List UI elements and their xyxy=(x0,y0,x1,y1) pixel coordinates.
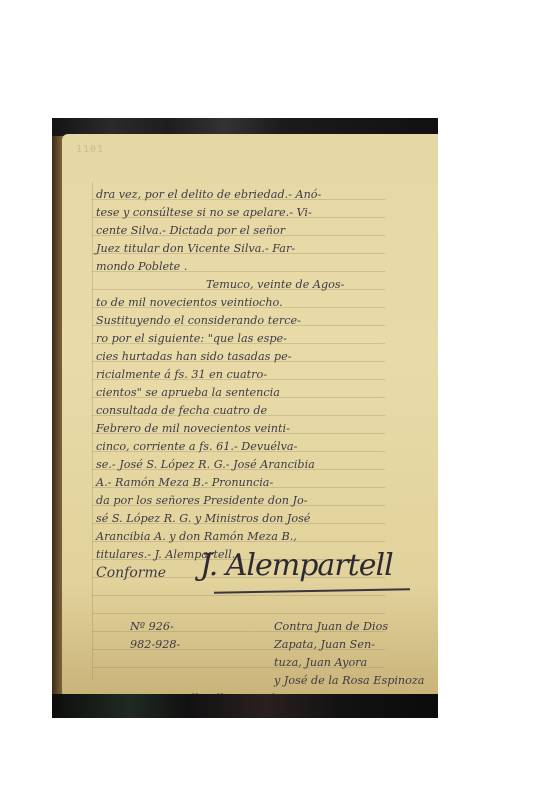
text-line: Arancibia A. y don Ramón Meza B., xyxy=(96,528,388,546)
text-line: dra vez, por el delito de ebriedad.- Anó… xyxy=(96,186,388,204)
text-line: A.- Ramón Meza B.- Pronuncia- xyxy=(96,474,388,492)
text-line: Sustituyendo el considerando terce- xyxy=(96,312,388,330)
text-line: se.- José S. López R. G.- José Arancibia xyxy=(96,456,388,474)
ledger-page: 1101 dra vez, por el delito de ebriedad.… xyxy=(62,134,438,694)
scanned-photo: 1101 dra vez, por el delito de ebriedad.… xyxy=(52,118,438,718)
text-line: cies hurtadas han sido tasadas pe- xyxy=(96,348,388,366)
entry-number-column: Nº 926- 982-928- xyxy=(130,618,230,654)
text-line: consultada de fecha cuatro de xyxy=(96,402,388,420)
handwritten-text: dra vez, por el delito de ebriedad.- Anó… xyxy=(96,186,388,582)
text-line: Juez titular don Vicente Silva.- Far- xyxy=(96,240,388,258)
entry-number: Nº 926- xyxy=(130,618,230,636)
text-line: ro por el siguiente: "que las espe- xyxy=(96,330,388,348)
text-line: sé S. López R. G. y Ministros don José xyxy=(96,510,388,528)
text-line: da por los señores Presidente don Jo- xyxy=(96,492,388,510)
entry-name-line: y José de la Rosa Espinoza xyxy=(274,672,424,690)
signature: J. Alempartell xyxy=(200,548,393,583)
entry-number: 982-928- xyxy=(130,636,230,654)
text-line: cientos" se aprueba la sentencia xyxy=(96,384,388,402)
text-line: Febrero de mil novecientos veinti- xyxy=(96,420,388,438)
entry-name-line: Contra Juan de Dios xyxy=(274,618,424,636)
text-line: cente Silva.- Dictada por el señor xyxy=(96,222,388,240)
text-line: Temuco, veinte de Agos- xyxy=(96,276,388,294)
text-line: cinco, corriente a fs. 61.- Devuélva- xyxy=(96,438,388,456)
text-line: mondo Poblete . xyxy=(96,258,388,276)
text-line: ricialmente á fs. 31 en cuatro- xyxy=(96,366,388,384)
text-line: to de mil novecientos veintiocho. xyxy=(96,294,388,312)
entry-name-line: Zapata, Juan Sen- xyxy=(274,636,424,654)
entry-name-line: tuza, Juan Ayora xyxy=(274,654,424,672)
page-stamp: 1101 xyxy=(76,144,104,155)
entry-names-column: Contra Juan de Dios Zapata, Juan Sen- tu… xyxy=(274,618,424,690)
text-line: tese y consúltese si no se apelare.- Vi- xyxy=(96,204,388,222)
bottom-dark-border xyxy=(52,694,438,718)
